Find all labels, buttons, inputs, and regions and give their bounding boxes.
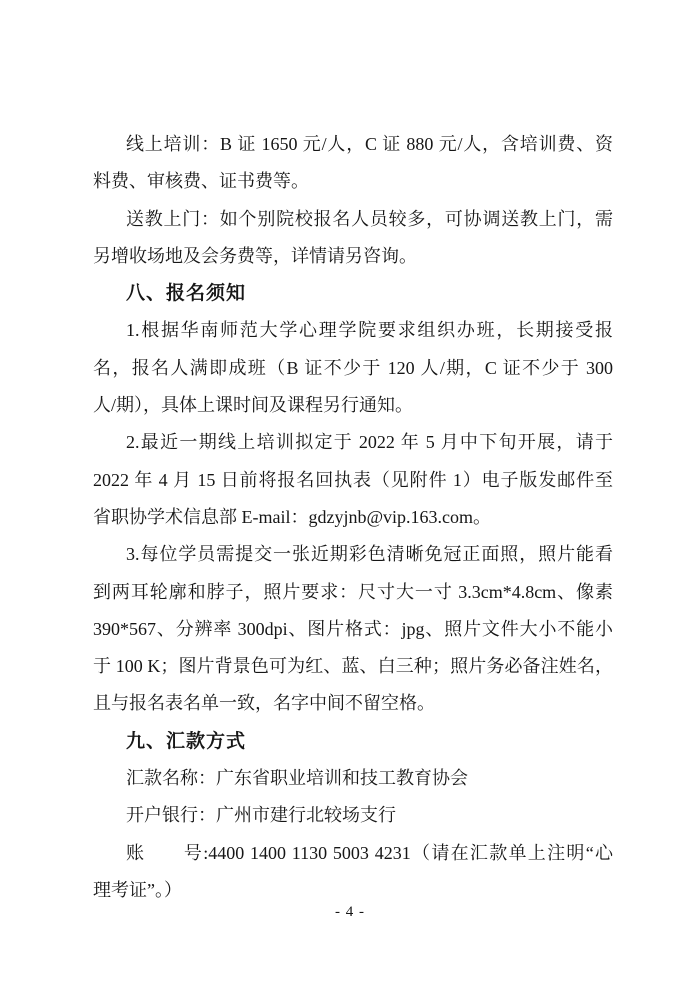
document-page: 线上培训：B 证 1650 元/人，C 证 880 元/人，含培训费、资 料费、… xyxy=(0,0,700,990)
text-line-item3-photo-format: 390*567、分辨率 300dpi、图片格式：jpg、照片文件大小不能小 xyxy=(93,611,613,648)
text-line-item1: 1.根据华南师范大学心理学院要求组织办班，长期接受报 xyxy=(93,312,613,349)
text-line-remit-name: 汇款名称：广东省职业培训和技工教育协会 xyxy=(93,760,613,797)
text-line-bank: 开户银行：广州市建行北较场支行 xyxy=(93,797,613,834)
text-line-fee-continued: 料费、审核费、证书费等。 xyxy=(93,163,613,200)
text-line-online-training-fee: 线上培训：B 证 1650 元/人，C 证 880 元/人，含培训费、资 xyxy=(93,126,613,163)
text-line-onsite-continued: 另增收场地及会务费等，详情请另咨询。 xyxy=(93,238,613,275)
text-line-item2: 2.最近一期线上培训拟定于 2022 年 5 月中下旬开展，请于 xyxy=(93,424,613,461)
text-line-item3-photo-size: 到两耳轮廓和脖子，照片要求：尺寸大一寸 3.3cm*4.8cm、像素 xyxy=(93,574,613,611)
text-line-item1-end: 人/期），具体上课时间及课程另行通知。 xyxy=(93,387,613,424)
text-line-item2-email: 省职协学术信息部 E-mail：gdzyjnb@vip.163.com。 xyxy=(93,499,613,536)
section-9-heading: 九、汇款方式 xyxy=(93,723,613,760)
text-line-item3: 3.每位学员需提交一张近期彩色清晰免冠正面照，照片能看 xyxy=(93,536,613,573)
section-8-heading: 八、报名须知 xyxy=(93,275,613,312)
text-line-item2-continued: 2022 年 4 月 15 日前将报名回执表（见附件 1）电子版发邮件至 xyxy=(93,462,613,499)
text-line-onsite-teaching: 送教上门：如个别院校报名人员较多，可协调送教上门，需 xyxy=(93,201,613,238)
text-line-item1-continued: 名，报名人满即成班（B 证不少于 120 人/期，C 证不少于 300 xyxy=(93,350,613,387)
text-line-item3-end: 且与报名表名单一致，名字中间不留空格。 xyxy=(93,685,613,722)
text-line-item3-photo-bg: 于 100 K；图片背景色可为红、蓝、白三种；照片务必备注姓名， xyxy=(93,648,613,685)
text-line-account-number: 账 号:4400 1400 1130 5003 4231（请在汇款单上注明“心 xyxy=(93,835,613,872)
page-number: - 4 - xyxy=(0,901,700,923)
document-body: 线上培训：B 证 1650 元/人，C 证 880 元/人，含培训费、资 料费、… xyxy=(93,126,613,909)
